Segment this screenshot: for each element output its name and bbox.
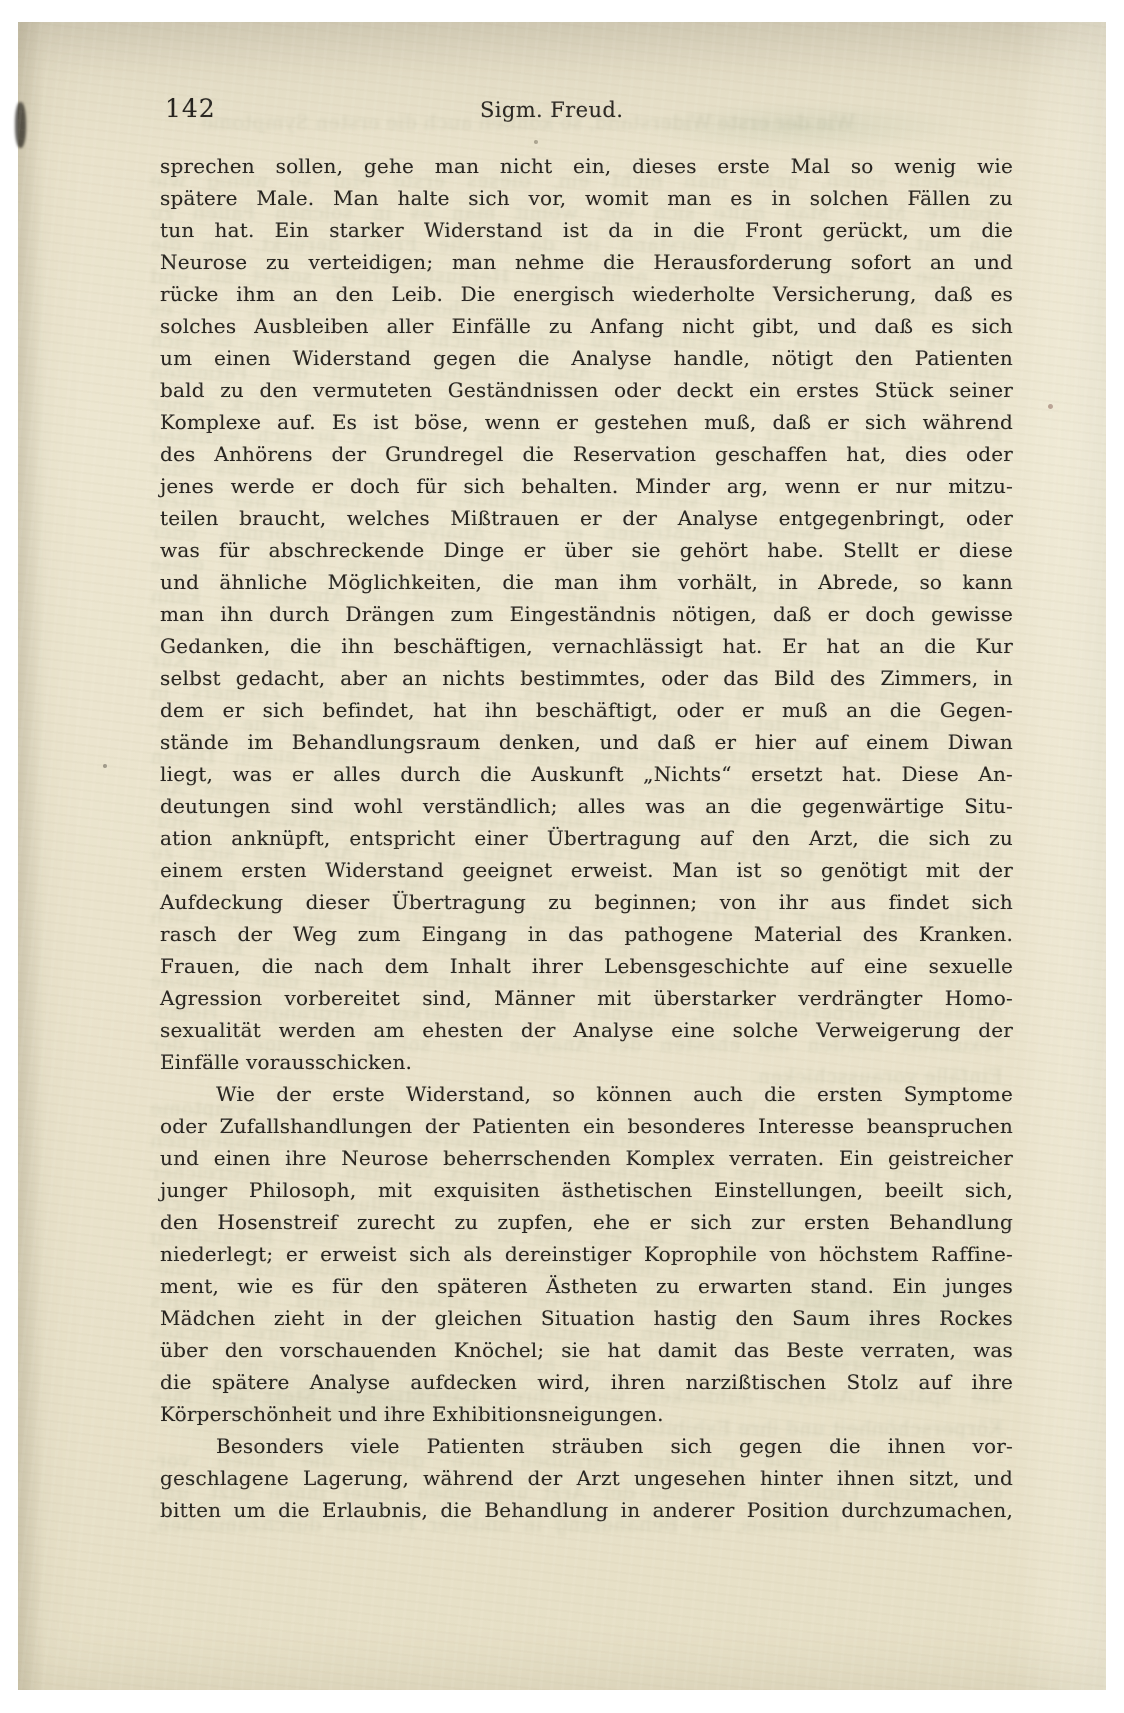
text-line: oder Zufallshandlungen der Patienten ein… <box>160 1110 1013 1142</box>
text-line: Mädchen zieht in der gleichen Situation … <box>160 1302 1013 1334</box>
page-surface: Wie der erste Widerstand, so können auch… <box>18 22 1106 1690</box>
text-line: junger Philosoph, mit exquisiten ästheti… <box>160 1174 1013 1206</box>
text-line: und ähnliche Möglichkeiten, die man ihm … <box>160 566 1013 598</box>
paper-speck <box>103 764 107 768</box>
text-line: Einfälle vorausschicken. <box>160 1046 1013 1078</box>
text-line: tun hat. Ein starker Widerstand ist da i… <box>160 214 1013 246</box>
text-line: Besonders viele Patienten sträuben sich … <box>160 1430 1013 1462</box>
text-line: bald zu den vermuteten Geständnissen ode… <box>160 374 1013 406</box>
text-line: Neurose zu verteidigen; man nehme die He… <box>160 246 1013 278</box>
text-line: Komplexe auf. Es ist böse, wenn er geste… <box>160 406 1013 438</box>
text-line: dem er sich befindet, hat ihn beschäftig… <box>160 694 1013 726</box>
text-block: sprechen sollen, gehe man nicht ein, die… <box>160 150 1013 1526</box>
bleedthrough-stain <box>638 102 968 152</box>
text-line: geschlagene Lagerung, während der Arzt u… <box>160 1462 1013 1494</box>
text-line: sexualität werden am ehesten der Analyse… <box>160 1014 1013 1046</box>
scan-edge-mark <box>15 102 26 148</box>
scanned-book-page: { "colors": { "paper": "#ece6d0", "paper… <box>0 0 1124 1713</box>
running-header: Sigm. Freud. <box>480 98 623 122</box>
text-line: die spätere Analyse aufdecken wird, ihre… <box>160 1366 1013 1398</box>
text-line: bitten um die Erlaubnis, die Behandlung … <box>160 1494 1013 1526</box>
text-line: jenes werde er doch für sich behalten. M… <box>160 470 1013 502</box>
text-line: sprechen sollen, gehe man nicht ein, die… <box>160 150 1013 182</box>
text-line: rücke ihm an den Leib. Die energisch wie… <box>160 278 1013 310</box>
text-line: liegt, was er alles durch die Auskunft „… <box>160 758 1013 790</box>
text-line: teilen braucht, welches Mißtrauen er der… <box>160 502 1013 534</box>
text-line: Agression vorbereitet sind, Männer mit ü… <box>160 982 1013 1014</box>
text-line: spätere Male. Man halte sich vor, womit … <box>160 182 1013 214</box>
text-line: Körperschönheit und ihre Exhibitionsneig… <box>160 1398 1013 1430</box>
text-line: ment, wie es für den späteren Ästheten z… <box>160 1270 1013 1302</box>
text-line: Gedanken, die ihn beschäftigen, vernachl… <box>160 630 1013 662</box>
text-line: Frauen, die nach dem Inhalt ihrer Lebens… <box>160 950 1013 982</box>
text-line: stände im Behandlungsraum denken, und da… <box>160 726 1013 758</box>
paper-speck <box>1048 404 1053 409</box>
text-line: rasch der Weg zum Eingang in das pathoge… <box>160 918 1013 950</box>
paper-speck <box>534 140 538 144</box>
text-line: selbst gedacht, aber an nichts bestimmte… <box>160 662 1013 694</box>
text-line: einem ersten Widerstand geeignet erweist… <box>160 854 1013 886</box>
text-line: Aufdeckung dieser Übertragung zu beginne… <box>160 886 1013 918</box>
text-line: ation anknüpft, entspricht einer Übertra… <box>160 822 1013 854</box>
text-line: niederlegt; er erweist sich als dereinst… <box>160 1238 1013 1270</box>
text-line: Wie der erste Widerstand, so können auch… <box>160 1078 1013 1110</box>
text-line: was für abschreckende Dinge er über sie … <box>160 534 1013 566</box>
text-line: um einen Widerstand gegen die Analyse ha… <box>160 342 1013 374</box>
text-line: über den vorschauenden Knöchel; sie hat … <box>160 1334 1013 1366</box>
page-number: 142 <box>165 94 216 123</box>
text-line: solches Ausbleiben aller Einfälle zu Anf… <box>160 310 1013 342</box>
text-line: deutungen sind wohl verständlich; alles … <box>160 790 1013 822</box>
text-line: man ihn durch Drängen zum Eingeständnis … <box>160 598 1013 630</box>
text-line: den Hosenstreif zurecht zu zupfen, ehe e… <box>160 1206 1013 1238</box>
text-line: des Anhörens der Grundregel die Reservat… <box>160 438 1013 470</box>
text-line: und einen ihre Neurose beherrschenden Ko… <box>160 1142 1013 1174</box>
